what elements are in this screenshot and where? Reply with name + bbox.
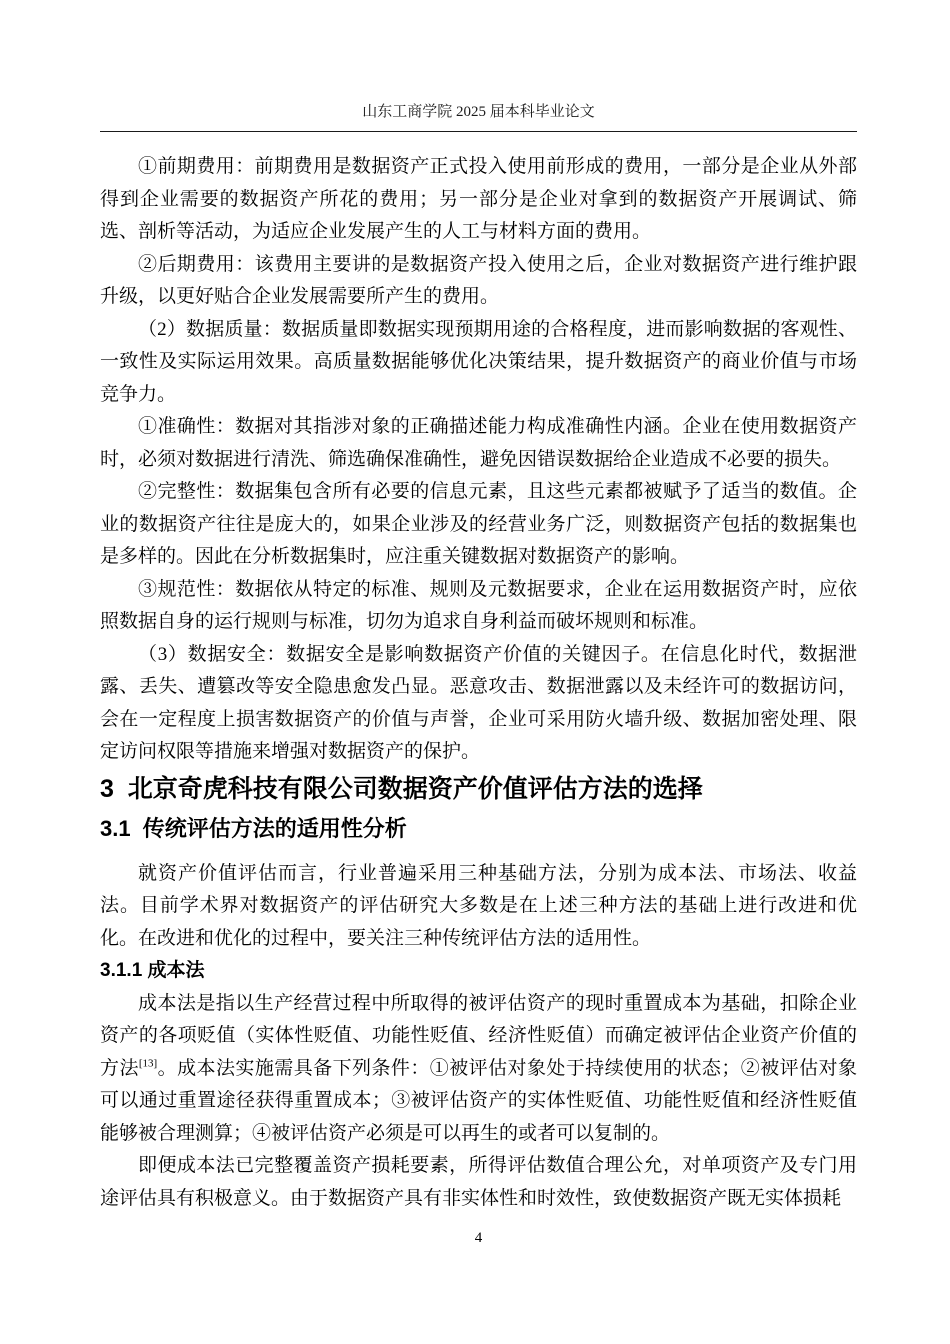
citation-superscript: [13] [139, 1057, 157, 1069]
paragraph-accuracy: ①准确性：数据对其指涉对象的正确描述能力构成准确性内涵。企业在使用数据资产时，必… [100, 411, 857, 476]
subsubsection-heading-3-1-1: 3.1.1 成本法 [100, 955, 857, 988]
paragraph-data-quality: （2）数据质量：数据质量即数据实现预期用途的合格程度，进而影响数据的客观性、一致… [100, 314, 857, 412]
paragraph-normativity: ③规范性：数据依从特定的标准、规则及元数据要求，企业在运用数据资产时，应依照数据… [100, 574, 857, 639]
paragraph-completeness: ②完整性：数据集包含所有必要的信息元素，且这些元素都被赋予了适当的数值。企业的数… [100, 476, 857, 574]
paragraph-cost-method-evaluation: 即便成本法已完整覆盖资产损耗要素，所得评估数值合理公允，对单项资产及专门用途评估… [100, 1150, 857, 1215]
header-title: 山东工商学院 2025 届本科毕业论文 [362, 104, 595, 120]
page-header: 山东工商学院 2025 届本科毕业论文 [100, 102, 857, 122]
paragraph-data-security: （3）数据安全：数据安全是影响数据资产价值的关键因子。在信息化时代，数据泄露、丢… [100, 639, 857, 769]
paragraph-early-cost: ①前期费用：前期费用是数据资产正式投入使用前形成的费用，一部分是企业从外部得到企… [100, 151, 857, 249]
page-number: 4 [475, 1230, 483, 1246]
section-heading-3: 3 北京奇虎科技有限公司数据资产价值评估方法的选择 [100, 771, 857, 807]
paragraph-late-cost: ②后期费用：该费用主要讲的是数据资产投入使用之后，企业对数据资产进行维护跟升级，… [100, 249, 857, 314]
document-page: 山东工商学院 2025 届本科毕业论文 ①前期费用：前期费用是数据资产正式投入使… [0, 0, 950, 1344]
cost-method-text-post: 。成本法实施需具备下列条件：①被评估对象处于持续使用的状态；②被评估对象可以通过… [100, 1058, 857, 1144]
subsection-heading-3-1: 3.1 传统评估方法的适用性分析 [100, 813, 857, 845]
document-body: ①前期费用：前期费用是数据资产正式投入使用前形成的费用，一部分是企业从外部得到企… [100, 151, 857, 1248]
paragraph-three-methods: 就资产价值评估而言，行业普遍采用三种基础方法，分别为成本法、市场法、收益法。目前… [100, 858, 857, 956]
paragraph-cost-method: 成本法是指以生产经营过程中所取得的被评估资产的现时重置成本为基础，扣除企业资产的… [100, 988, 857, 1151]
header-divider [100, 131, 857, 132]
page-footer: 4 [100, 1228, 857, 1248]
